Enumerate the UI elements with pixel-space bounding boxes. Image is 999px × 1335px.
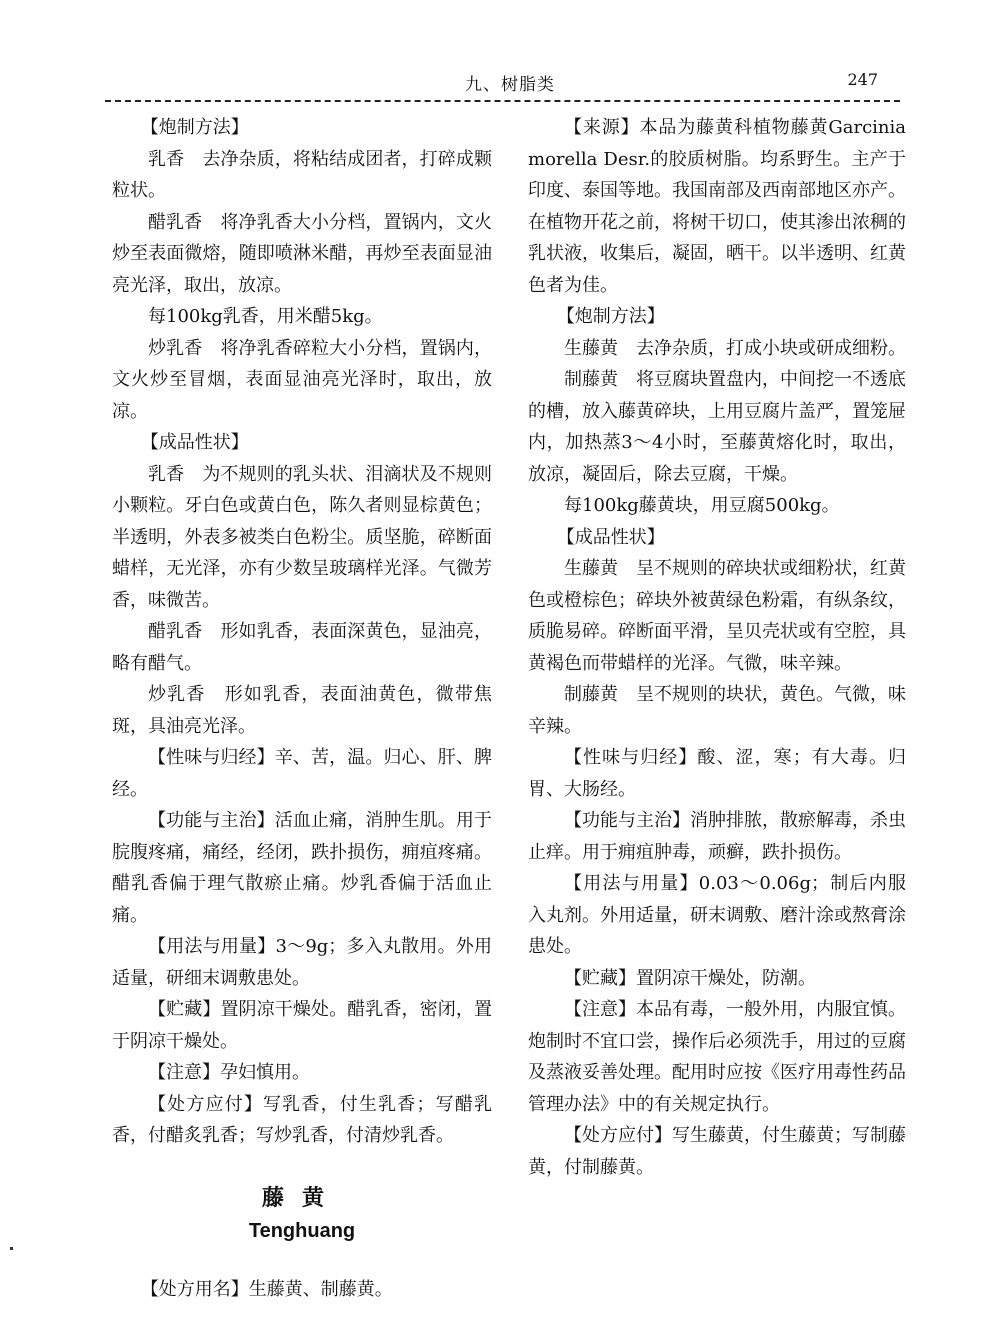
paragraph: 每100kg乳香，用米醋5kg。: [112, 301, 492, 333]
left-column: 【炮制方法】 乳香 去净杂质，将粘结成团者，打碎成颗粒状。 醋乳香 将净乳香大小…: [112, 112, 492, 1305]
paragraph: 醋乳香 形如乳香，表面深黄色，显油亮，略有醋气。: [112, 616, 492, 679]
page-number: 247: [847, 70, 878, 89]
paragraph-storage: 【贮藏】置阴凉干燥处。醋乳香，密闭，置于阴凉干燥处。: [112, 994, 492, 1057]
section-heading-processing: 【炮制方法】: [528, 301, 906, 333]
paragraph-prescription-names: 【处方用名】生藤黄、制藤黄。: [112, 1274, 492, 1306]
running-header-title: 九、树脂类: [465, 70, 555, 95]
paragraph: 炒乳香 将净乳香碎粒大小分档，置锅内，文火炒至冒烟，表面显油亮光泽时，取出，放凉…: [112, 333, 492, 428]
paragraph-source: 【来源】本品为藤黄科植物藤黄Garcinia morella Desr.的胶质树…: [528, 112, 906, 301]
spacer: [112, 1246, 492, 1274]
entry-pinyin: Tenghuang: [112, 1216, 492, 1246]
paragraph: 乳香 为不规则的乳头状、泪滴状及不规则小颗粒。牙白色或黄白色，陈久者则显棕黄色；…: [112, 459, 492, 617]
section-heading-characteristics: 【成品性状】: [528, 522, 906, 554]
paragraph: 每100kg藤黄块，用豆腐500kg。: [528, 490, 906, 522]
scan-artifact: [10, 1247, 13, 1250]
paragraph-caution: 【注意】孕妇慎用。: [112, 1057, 492, 1089]
paragraph-storage: 【贮藏】置阴凉干燥处，防潮。: [528, 963, 906, 995]
paragraph-prescription-dispensing: 【处方应付】写生藤黄，付生藤黄；写制藤黄，付制藤黄。: [528, 1120, 906, 1183]
paragraph: 生藤黄 呈不规则的碎块状或细粉状，红黄色或橙棕色；碎块外被黄绿色粉霜，有纵条纹，…: [528, 553, 906, 679]
paragraph: 制藤黄 将豆腐块置盘内，中间挖一不透底的槽，放入藤黄碎块，上用豆腐片盖严，置笼屉…: [528, 364, 906, 490]
paragraph: 生藤黄 去净杂质，打成小块或研成细粉。: [528, 333, 906, 365]
section-heading-characteristics: 【成品性状】: [112, 427, 492, 459]
paragraph: 乳香 去净杂质，将粘结成团者，打碎成颗粒状。: [112, 144, 492, 207]
paragraph-usage-dosage: 【用法与用量】3～9g；多入丸散用。外用适量，研细末调敷患处。: [112, 931, 492, 994]
paragraph-prescription-dispensing: 【处方应付】写乳香，付生乳香；写醋乳香，付醋炙乳香；写炒乳香，付清炒乳香。: [112, 1089, 492, 1152]
paragraph: 醋乳香 将净乳香大小分档，置锅内，文火炒至表面微熔，随即喷淋米醋，再炒至表面显油…: [112, 207, 492, 302]
paragraph: 制藤黄 呈不规则的块状，黄色。气微，味辛辣。: [528, 679, 906, 742]
paragraph-nature-meridian: 【性味与归经】酸、涩，寒；有大毒。归胃、大肠经。: [528, 742, 906, 805]
header-divider: [105, 100, 900, 102]
paragraph-caution: 【注意】本品有毒，一般外用，内服宜慎。炮制时不宜口尝，操作后必须洗手，用过的豆腐…: [528, 994, 906, 1120]
section-heading-processing: 【炮制方法】: [112, 112, 492, 144]
paragraph: 炒乳香 形如乳香，表面油黄色，微带焦斑，具油亮光泽。: [112, 679, 492, 742]
paragraph-nature-meridian: 【性味与归经】辛、苦，温。归心、肝、脾经。: [112, 742, 492, 805]
page-header: 九、树脂类 247: [105, 66, 900, 96]
paragraph-function-indication: 【功能与主治】活血止痛，消肿生肌。用于脘腹疼痛，痛经，经闭，跌扑损伤，痈疽疼痛。…: [112, 805, 492, 931]
right-column: 【来源】本品为藤黄科植物藤黄Garcinia morella Desr.的胶质树…: [528, 112, 906, 1183]
paragraph-function-indication: 【功能与主治】消肿排脓，散瘀解毒，杀虫止痒。用于痈疽肿毒，顽癣，跌扑损伤。: [528, 805, 906, 868]
paragraph-usage-dosage: 【用法与用量】0.03～0.06g；制后内服入丸剂。外用适量，研末调敷、磨汁涂或…: [528, 868, 906, 963]
entry-title: 藤黄: [112, 1182, 492, 1216]
